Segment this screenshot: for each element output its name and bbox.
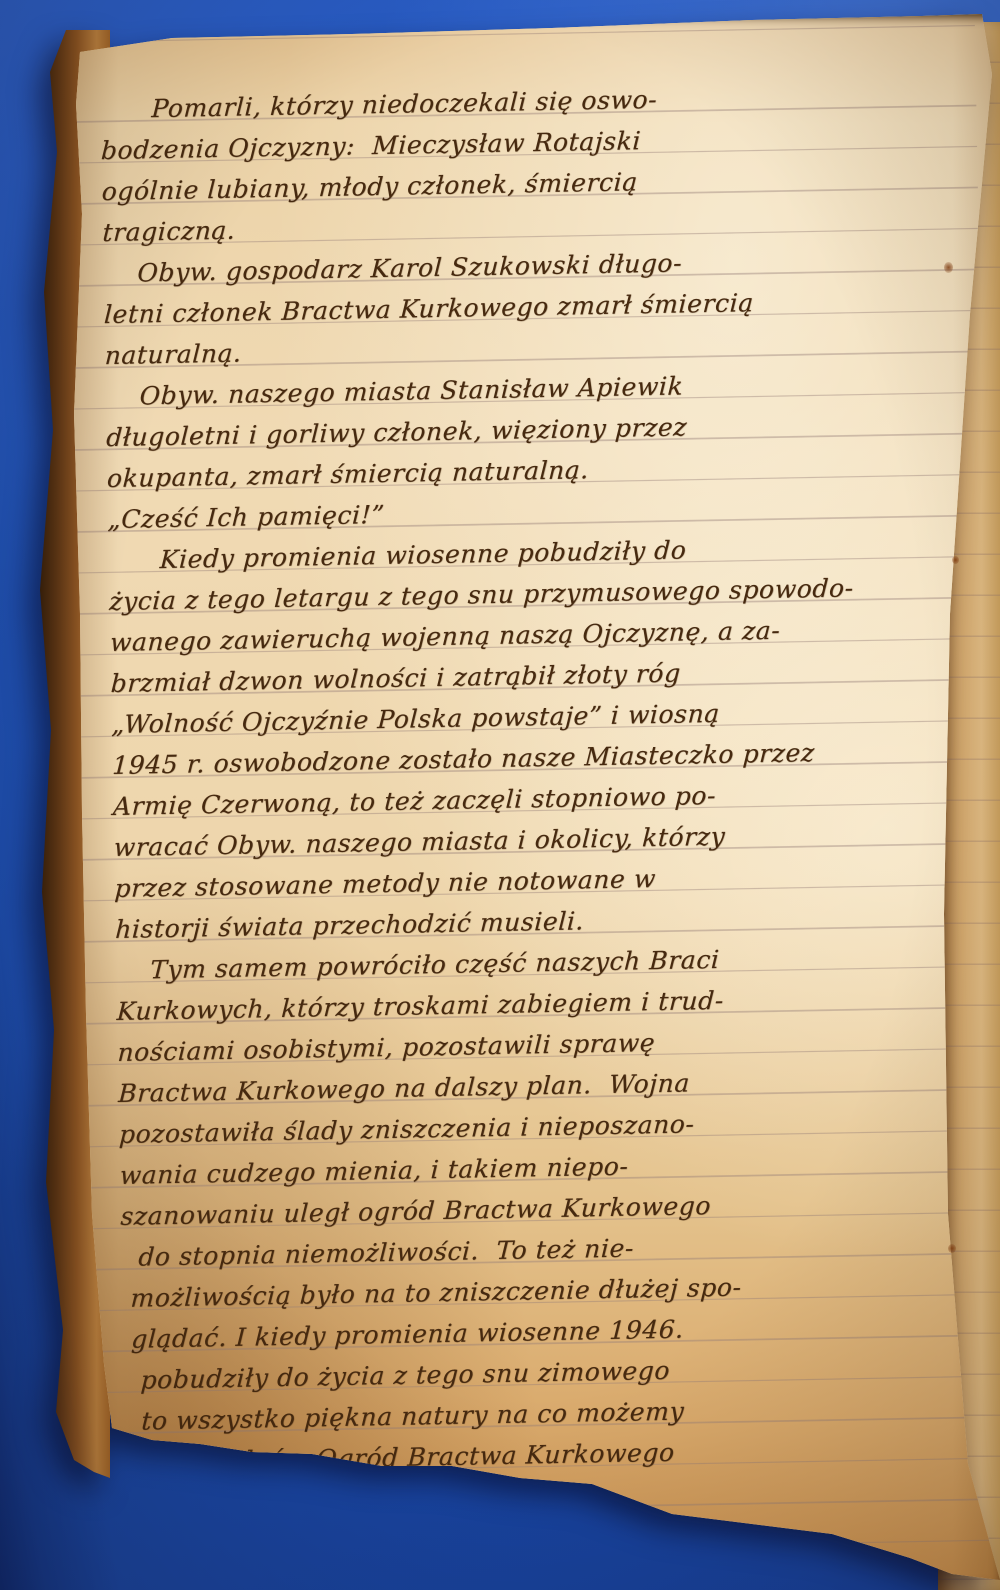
sheet-content: Pomarli, którzy niedoczekali się oswo-bo… — [41, 0, 1000, 1582]
ink-stain — [944, 262, 953, 273]
notebook-page: Pomarli, którzy niedoczekali się oswo-bo… — [52, 14, 1000, 1580]
manuscript-text: Pomarli, którzy niedoczekali się oswo-bo… — [41, 0, 1000, 1484]
ink-stain — [948, 1244, 956, 1253]
ink-stain — [952, 556, 959, 564]
photo-background: Pomarli, którzy niedoczekali się oswo-bo… — [0, 0, 1000, 1590]
notebook: Pomarli, którzy niedoczekali się oswo-bo… — [0, 0, 1000, 1590]
